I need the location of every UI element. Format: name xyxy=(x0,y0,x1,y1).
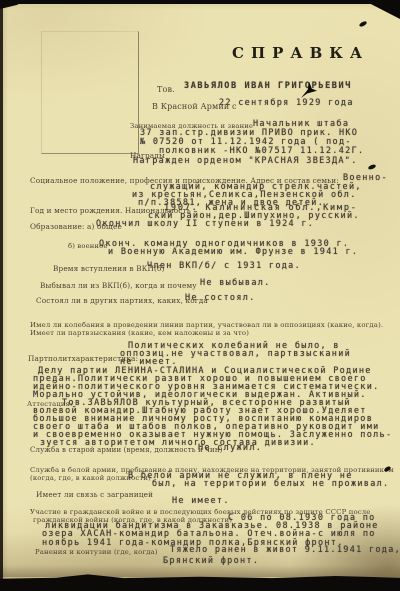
awards-value-1: полковник -НКО №07517 11.12.42Г. xyxy=(159,146,364,156)
wounds-value-1: Тяжело ранен в живот 9.11.1941 года, xyxy=(170,545,400,555)
person-name: ЗАВЬЯЛОВ ИВАН ГРИГОРЬЕВИЧ xyxy=(184,81,352,91)
party-exit-value: Не выбывал. xyxy=(200,278,271,288)
party-exit-label: Выбывал ли из ВКП(б), когда и почему xyxy=(40,281,197,290)
other-parties-label: Состоял ли в других партиях, каких, когд… xyxy=(36,296,208,305)
party-characteristic-label: Партполитхарактеристика: xyxy=(28,354,138,363)
education-military-value-2: и Военную Академию им. Фрунзе в 1941 г. xyxy=(108,247,358,257)
old-army-value: Не служил. xyxy=(198,443,262,453)
tov-label: Тов. xyxy=(157,85,175,94)
hesitations-label-1: Имел ли колебания в проведении линии пар… xyxy=(30,321,383,329)
wounds-label: Ранения и контузии (где, когда) xyxy=(35,548,158,556)
scan-edge-left xyxy=(0,0,3,591)
red-army-value: 22 сентября 1929 года xyxy=(219,98,354,108)
abroad-label: Имеет ли связь с заграницей xyxy=(36,490,153,499)
education-general-value: Окончил школу II ступени в 1924 г. xyxy=(96,219,314,229)
document-title: СПРАВКА xyxy=(232,44,369,62)
party-entry-value: Член ВКП/б/ с 1931 года. xyxy=(147,261,301,271)
paper-edge-shadow xyxy=(0,565,400,577)
awards-value-2: Награжден орденом "КРАСНАЯ ЗВЕЗДА". xyxy=(133,156,358,166)
other-parties-value: Не состоял. xyxy=(185,293,256,303)
white-army-value-2: был, на территории белых не проживал. xyxy=(152,479,389,489)
abroad-value: Не имеет. xyxy=(172,496,230,506)
scanned-document: СПРАВКА Тов. ЗАВЬЯЛОВ ИВАН ГРИГОРЬЕВИЧ В… xyxy=(0,0,400,591)
old-army-label: Служба в старой армии (время, должность … xyxy=(30,446,223,454)
scan-edge-top xyxy=(0,0,400,4)
hesitations-label-2: Имеет ли партвзыскания (какие, кем налож… xyxy=(30,329,249,337)
photo-frame xyxy=(41,31,139,154)
